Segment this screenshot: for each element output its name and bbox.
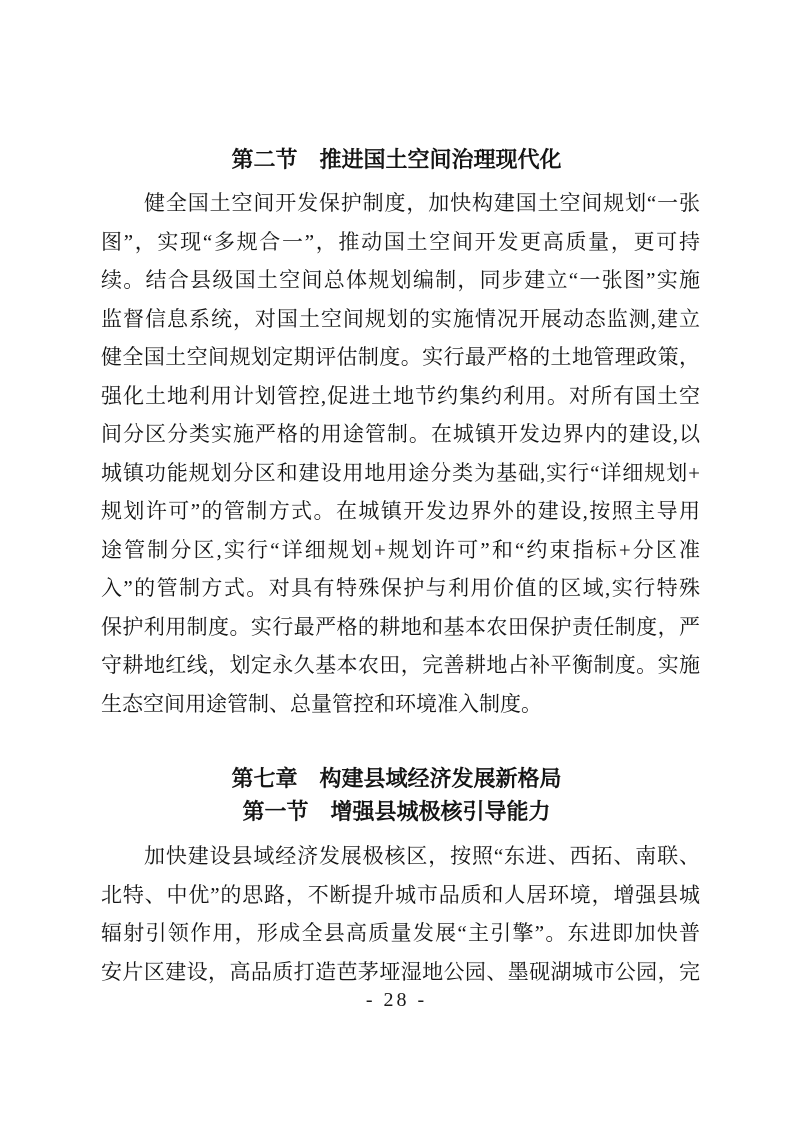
text-line: 续。结合县级国土空间总体规划编制，同步建立“一张图”实施 — [101, 261, 700, 300]
text-line: 安片区建设，高品质打造芭茅垭湿地公园、墨砚湖城市公园，完 — [101, 953, 700, 992]
paragraph-1: 健全国土空间开发保护制度，加快构建国土空间规划“一张 图”，实现“多规合一”，推… — [101, 184, 700, 723]
text-line: 城镇功能规划分区和建设用地用途分类为基础,实行“详细规划+ — [101, 454, 700, 493]
chapter-7-heading: 第七章 构建县域经济发展新格局 — [0, 766, 793, 792]
paragraph-2: 加快建设县域经济发展极核区，按照“东进、西拓、南联、 北特、中优”的思路，不断提… — [101, 837, 700, 991]
text-line: 健全国土空间规划定期评估制度。实行最严格的土地管理政策， — [101, 338, 700, 377]
text-line: 入”的管制方式。对具有特殊保护与利用价值的区域,实行特殊 — [101, 569, 700, 608]
document-page: 第二节 推进国土空间治理现代化 健全国土空间开发保护制度，加快构建国土空间规划“… — [0, 0, 793, 1122]
text-line: 守耕地红线，划定永久基本农田，完善耕地占补平衡制度。实施 — [101, 646, 700, 685]
text-line: 途管制分区,实行“详细规划+规划许可”和“约束指标+分区准 — [101, 531, 700, 570]
section-1-heading: 第一节 增强县城极核引导能力 — [0, 799, 793, 825]
text-line: 健全国土空间开发保护制度，加快构建国土空间规划“一张 — [101, 184, 700, 223]
text-line: 监督信息系统，对国土空间规划的实施情况开展动态监测,建立 — [101, 300, 700, 339]
text-line: 图”，实现“多规合一”，推动国土空间开发更高质量，更可持 — [101, 223, 700, 262]
text-line: 保护利用制度。实行最严格的耕地和基本农田保护责任制度，严 — [101, 608, 700, 647]
text-line: 加快建设县域经济发展极核区，按照“东进、西拓、南联、 — [101, 837, 700, 876]
text-line: 辐射引领作用，形成全县高质量发展“主引擎”。东进即加快普 — [101, 914, 700, 953]
section-2-heading: 第二节 推进国土空间治理现代化 — [0, 147, 793, 173]
text-line: 规划许可”的管制方式。在城镇开发边界外的建设,按照主导用 — [101, 492, 700, 531]
text-line: 北特、中优”的思路，不断提升城市品质和人居环境，增强县城 — [101, 876, 700, 915]
text-line: 强化土地利用计划管控,促进土地节约集约利用。对所有国土空 — [101, 377, 700, 416]
text-line: 间分区分类实施严格的用途管制。在城镇开发边界内的建设,以 — [101, 415, 700, 454]
page-number: - 28 - — [0, 988, 793, 1012]
text-line: 生态空间用途管制、总量管控和环境准入制度。 — [101, 685, 700, 724]
